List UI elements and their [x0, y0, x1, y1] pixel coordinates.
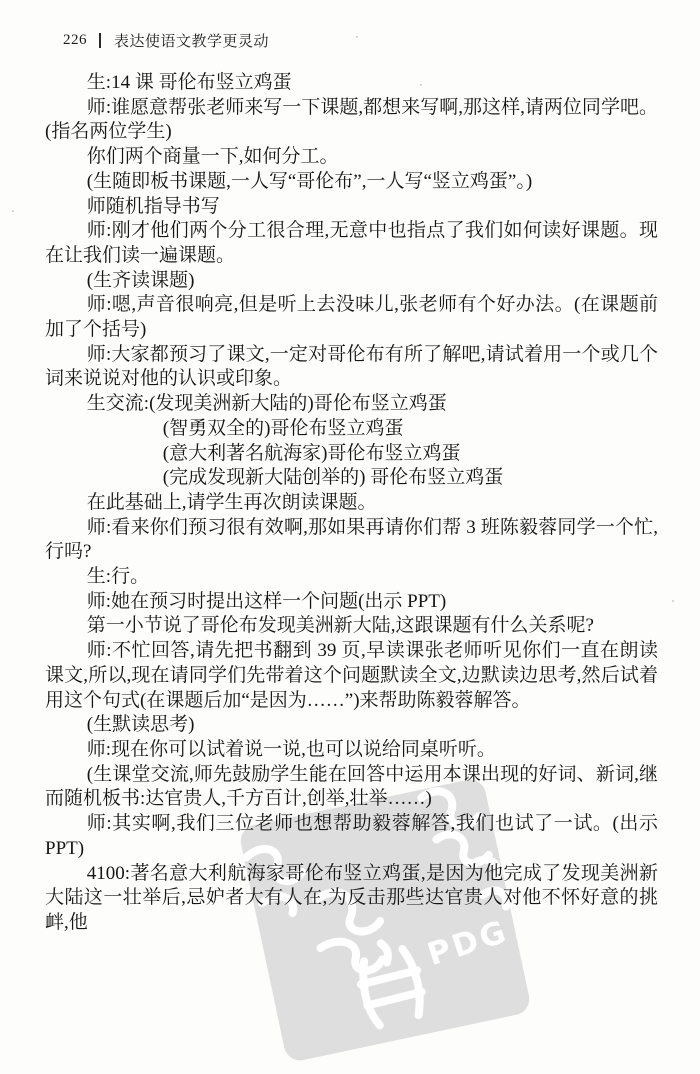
- paragraph: 4100:著名意大利航海家哥伦布竖立鸡蛋,是因为他完成了发现美洲新大陆这一壮举后…: [45, 862, 658, 936]
- paragraph: 生交流:(发现美洲新大陆的)哥伦布竖立鸡蛋: [45, 392, 658, 417]
- paragraph: 在此基础上,请学生再次朗读课题。: [45, 491, 658, 516]
- paragraph: 你们两个商量一下,如何分工。: [45, 145, 658, 170]
- paragraph: 师:嗯,声音很响亮,但是听上去没味儿,张老师有个好办法。(在课题前加了个括号): [45, 293, 658, 342]
- scan-speck: [356, 36, 358, 38]
- paragraph: (生课堂交流,师先鼓励学生能在回答中运用本课出现的好词、新词,继而随机板书:达官…: [45, 763, 658, 812]
- scan-speck: [12, 210, 14, 212]
- header-divider: [99, 33, 101, 48]
- paragraph: (意大利著名航海家)哥伦布竖立鸡蛋: [45, 442, 658, 467]
- paragraph: 师:看来你们预习很有效啊,那如果再请你们帮 3 班陈毅蓉同学一个忙,行吗?: [45, 516, 658, 565]
- page-header: 226 表达使语文教学更灵动: [63, 30, 269, 51]
- paragraph: 师:她在预习时提出这样一个问题(出示 PPT): [45, 590, 658, 615]
- transcript-body: 生:14 课 哥伦布竖立鸡蛋师:谁愿意帮张老师来写一下课题,都想来写啊,那这样,…: [45, 71, 658, 936]
- page-number: 226: [63, 32, 87, 49]
- paragraph: 师随机指导书写: [45, 195, 658, 220]
- paragraph: 师:刚才他们两个分工很合理,无意中也指点了我们如何读好课题。现在让我们读一遍课题…: [45, 219, 658, 268]
- running-title: 表达使语文教学更灵动: [114, 30, 269, 51]
- scan-speck: [672, 600, 674, 602]
- paragraph: 第一小节说了哥伦布发现美洲新大陆,这跟课题有什么关系呢?: [45, 614, 658, 639]
- paragraph: (生默读思考): [45, 713, 658, 738]
- book-page: 226 表达使语文教学更灵动: [0, 0, 700, 1074]
- paragraph: 师:谁愿意帮张老师来写一下课题,都想来写啊,那这样,请两位同学吧。(指名两位学生…: [45, 96, 658, 145]
- paragraph: 师:现在你可以试着说一说,也可以说给同桌听听。: [45, 738, 658, 763]
- paragraph: (生随即板书课题,一人写“哥伦布”,一人写“竖立鸡蛋”。): [45, 170, 658, 195]
- paragraph: 师:不忙回答,请先把书翻到 39 页,早读课张老师听见你们一直在朗读课文,所以,…: [45, 639, 658, 713]
- paragraph: (智勇双全的)哥伦布竖立鸡蛋: [45, 417, 658, 442]
- paragraph: (生齐读课题): [45, 269, 658, 294]
- paragraph: 师:大家都预习了课文,一定对哥伦布有所了解吧,请试着用一个或几个词来说说对他的认…: [45, 343, 658, 392]
- paragraph: (完成发现新大陆创举的) 哥伦布竖立鸡蛋: [45, 466, 658, 491]
- paragraph: 师:其实啊,我们三位老师也想帮助毅蓉解答,我们也试了一试。(出示 PPT): [45, 812, 658, 861]
- paragraph: 生:行。: [45, 565, 658, 590]
- paragraph: 生:14 课 哥伦布竖立鸡蛋: [45, 71, 658, 96]
